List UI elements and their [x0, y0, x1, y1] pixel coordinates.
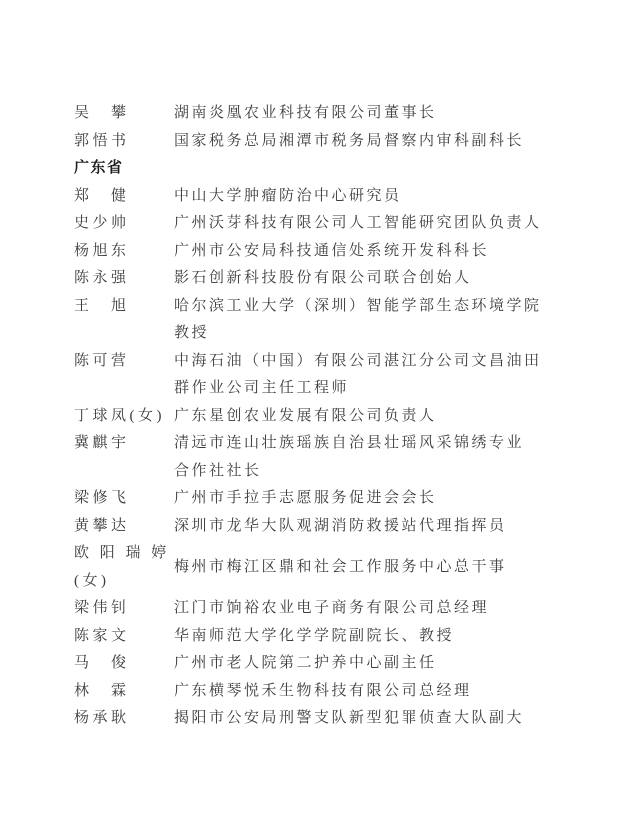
person-name: 王 旭 — [74, 293, 174, 321]
person-title: 华南师范大学化学学院副院长、教授 — [174, 623, 454, 651]
person-row: 梁修飞广州市手拉手志愿服务促进会会长 — [74, 485, 580, 513]
person-name: 吴 攀 — [74, 100, 174, 128]
person-name: 马 俊 — [74, 650, 174, 678]
person-title: 哈尔滨工业大学（深圳）智能学部生态环境学院 教授 — [174, 293, 542, 348]
person-name: 黄攀达 — [74, 513, 174, 541]
person-row: 陈家文华南师范大学化学学院副院长、教授 — [74, 623, 580, 651]
person-row: 欧 阳 瑞 婷 (女)梅州市梅江区鼎和社会工作服务中心总干事 — [74, 540, 580, 595]
person-title: 揭阳市公安局刑警支队新型犯罪侦查大队副大 — [174, 705, 524, 733]
person-name: 陈家文 — [74, 623, 174, 651]
person-row: 杨旭东广州市公安局科技通信处系统开发科科长 — [74, 238, 580, 266]
person-row: 陈可营中海石油（中国）有限公司湛江分公司文昌油田 群作业公司主任工程师 — [74, 348, 580, 403]
section-header: 广东省 — [74, 155, 580, 183]
document-page: 吴 攀湖南炎凰农业科技有限公司董事长郭悟书国家税务总局湘潭市税务局督察内审科副科… — [0, 0, 640, 828]
person-row: 梁伟钊江门市饷裕农业电子商务有限公司总经理 — [74, 595, 580, 623]
person-title: 江门市饷裕农业电子商务有限公司总经理 — [174, 595, 489, 623]
person-title: 广东星创农业发展有限公司负责人 — [174, 403, 437, 431]
person-title: 广州市公安局科技通信处系统开发科科长 — [174, 238, 489, 266]
person-title: 国家税务总局湘潭市税务局督察内审科副科长 — [174, 128, 524, 156]
person-row: 史少帅广州沃芽科技有限公司人工智能研究团队负责人 — [74, 210, 580, 238]
person-name: 陈可营 — [74, 348, 174, 376]
person-title: 湖南炎凰农业科技有限公司董事长 — [174, 100, 437, 128]
person-row: 杨承耿揭阳市公安局刑警支队新型犯罪侦查大队副大 — [74, 705, 580, 733]
person-name: 丁球凤(女) — [74, 403, 174, 431]
person-title: 影石创新科技股份有限公司联合创始人 — [174, 265, 472, 293]
person-name: 欧 阳 瑞 婷 (女) — [74, 540, 174, 595]
person-row: 郑 健中山大学肿瘤防治中心研究员 — [74, 183, 580, 211]
person-name: 陈永强 — [74, 265, 174, 293]
person-name: 郭悟书 — [74, 128, 174, 156]
person-title: 广东横琴悦禾生物科技有限公司总经理 — [174, 678, 472, 706]
person-name: 梁伟钊 — [74, 595, 174, 623]
person-name: 杨承耿 — [74, 705, 174, 733]
person-title: 梅州市梅江区鼎和社会工作服务中心总干事 — [174, 554, 507, 582]
person-row: 丁球凤(女)广东星创农业发展有限公司负责人 — [74, 403, 580, 431]
person-row: 林 霖广东横琴悦禾生物科技有限公司总经理 — [74, 678, 580, 706]
person-name: 史少帅 — [74, 210, 174, 238]
person-title: 深圳市龙华大队观湖消防救援站代理指挥员 — [174, 513, 507, 541]
person-title: 中山大学肿瘤防治中心研究员 — [174, 183, 402, 211]
person-title: 中海石油（中国）有限公司湛江分公司文昌油田 群作业公司主任工程师 — [174, 348, 542, 403]
person-row: 陈永强影石创新科技股份有限公司联合创始人 — [74, 265, 580, 293]
person-name: 梁修飞 — [74, 485, 174, 513]
person-row: 郭悟书国家税务总局湘潭市税务局督察内审科副科长 — [74, 128, 580, 156]
person-row: 冀麒宇清远市连山壮族瑶族自治县壮瑶风采锦绣专业 合作社社长 — [74, 430, 580, 485]
award-list: 吴 攀湖南炎凰农业科技有限公司董事长郭悟书国家税务总局湘潭市税务局督察内审科副科… — [74, 100, 580, 733]
person-title: 广州市老人院第二护养中心副主任 — [174, 650, 437, 678]
section-label: 广东省 — [74, 155, 124, 183]
person-row: 王 旭哈尔滨工业大学（深圳）智能学部生态环境学院 教授 — [74, 293, 580, 348]
person-name: 杨旭东 — [74, 238, 174, 266]
person-title: 清远市连山壮族瑶族自治县壮瑶风采锦绣专业 合作社社长 — [174, 430, 524, 485]
person-title: 广州沃芽科技有限公司人工智能研究团队负责人 — [174, 210, 542, 238]
person-row: 黄攀达深圳市龙华大队观湖消防救援站代理指挥员 — [74, 513, 580, 541]
person-row: 马 俊广州市老人院第二护养中心副主任 — [74, 650, 580, 678]
person-row: 吴 攀湖南炎凰农业科技有限公司董事长 — [74, 100, 580, 128]
person-name: 冀麒宇 — [74, 430, 174, 458]
person-name: 林 霖 — [74, 678, 174, 706]
person-title: 广州市手拉手志愿服务促进会会长 — [174, 485, 437, 513]
person-name: 郑 健 — [74, 183, 174, 211]
